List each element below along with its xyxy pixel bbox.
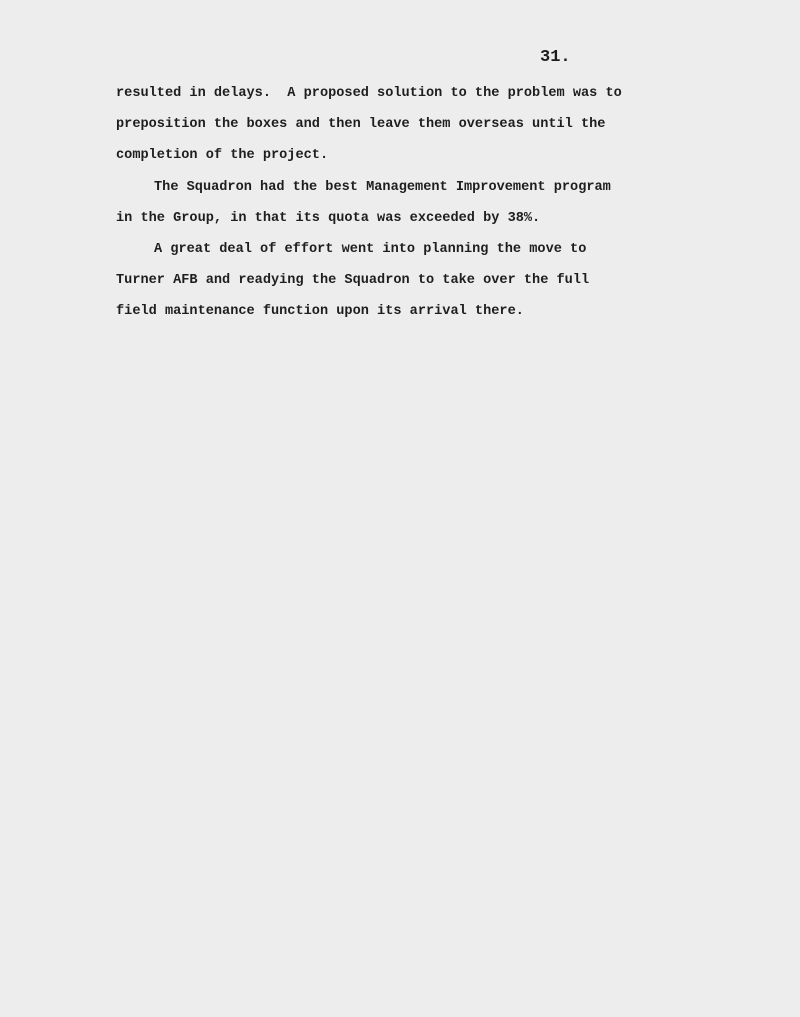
paragraph-2: The Squadron had the best Management Imp… <box>116 172 636 234</box>
body-text: resulted in delays. A proposed solution … <box>116 78 636 328</box>
text-line: completion of the project. <box>116 140 636 171</box>
text-line: preposition the boxes and then leave the… <box>116 109 636 140</box>
text-line: in the Group, in that its quota was exce… <box>116 203 636 234</box>
text-line: resulted in delays. A proposed solution … <box>116 78 636 109</box>
paragraph-1: resulted in delays. A proposed solution … <box>116 78 636 172</box>
document-page: 31. resulted in delays. A proposed solut… <box>0 0 800 1017</box>
text-line: The Squadron had the best Management Imp… <box>116 172 636 203</box>
page-number: 31. <box>540 48 571 67</box>
text-line: field maintenance function upon its arri… <box>116 296 636 327</box>
paragraph-3: A great deal of effort went into plannin… <box>116 234 636 328</box>
text-line: A great deal of effort went into plannin… <box>116 234 636 265</box>
text-line: Turner AFB and readying the Squadron to … <box>116 265 636 296</box>
